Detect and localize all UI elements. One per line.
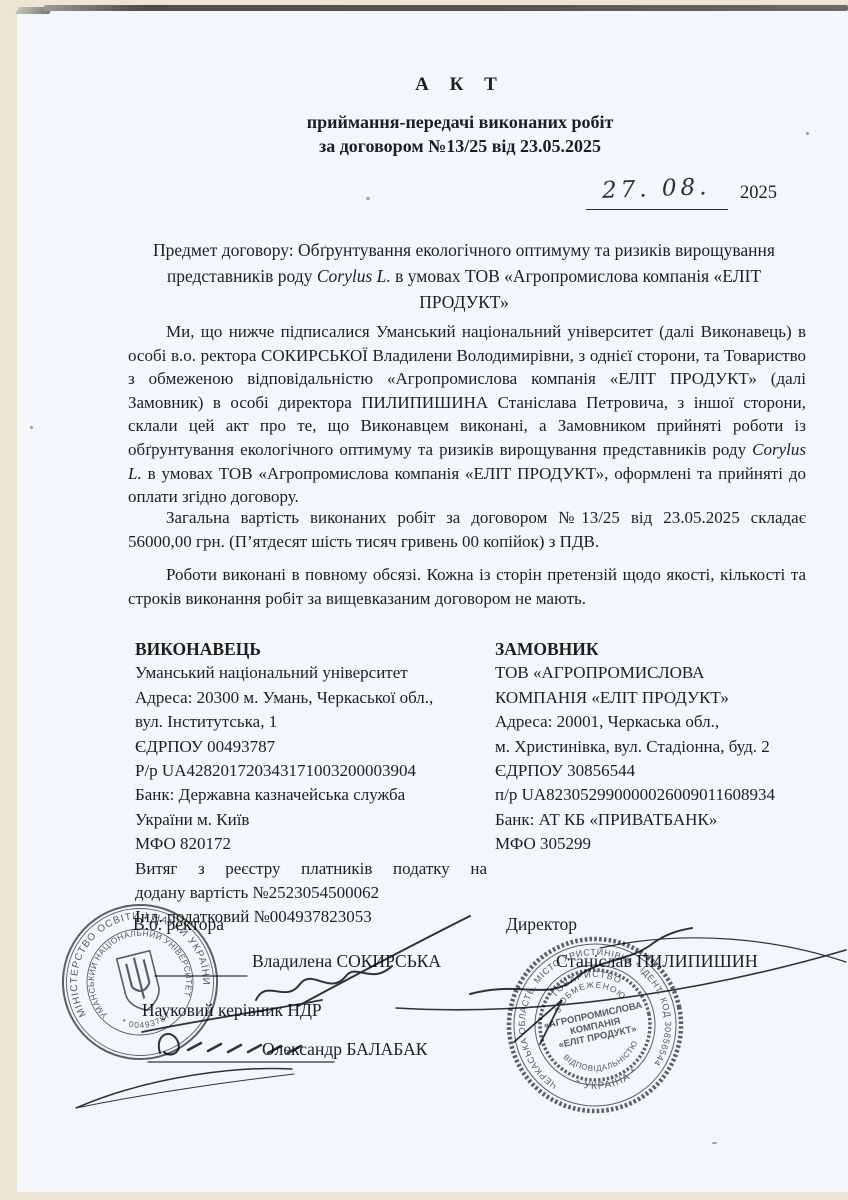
customer-line: МФО 305299 bbox=[495, 832, 811, 856]
scan-speck bbox=[366, 197, 370, 200]
customer-line: Банк: АТ КБ «ПРИВАТБАНК» bbox=[495, 808, 811, 832]
scan-speck bbox=[712, 1142, 717, 1144]
parties-details: ВИКОНАВЕЦЬ Уманський національний універ… bbox=[135, 637, 811, 930]
scan-speck bbox=[806, 132, 809, 135]
stamp-ring-text: МІНІСТЕРСТВО ОСВІТИ І НАУКИ УКРАЇНИ bbox=[54, 896, 215, 1020]
executor-line: України м. Київ bbox=[135, 808, 487, 832]
body-paragraph-1: Ми, що нижче підписалися Уманський націо… bbox=[128, 320, 806, 509]
executor-line: МФО 820172 bbox=[135, 832, 487, 856]
supervisor-signatory-name: Олександр БАЛАБАК bbox=[262, 1039, 427, 1060]
customer-details: ЗАМОВНИК ТОВ «АГРОПРОМИСЛОВА КОМПАНІЯ «Е… bbox=[495, 637, 811, 930]
handwritten-date: 27. 08. bbox=[602, 174, 711, 204]
customer-role-label: Директор bbox=[506, 914, 577, 935]
executor-header: ВИКОНАВЕЦЬ bbox=[135, 637, 487, 661]
scan-speck bbox=[30, 426, 33, 429]
executor-line: Адреса: 20300 м. Умань, Черкаської обл., bbox=[135, 686, 487, 710]
executor-line: вул. Інститутська, 1 bbox=[135, 710, 487, 734]
document-subtitle-2: за договором №13/25 від 23.05.2025 bbox=[110, 136, 810, 157]
executor-signatory-name: Владилена СОКИРСЬКА bbox=[252, 951, 441, 972]
executor-line: Уманський національний університет bbox=[135, 661, 487, 685]
customer-line: Адреса: 20001, Черкаська обл., bbox=[495, 710, 811, 734]
customer-header: ЗАМОВНИК bbox=[495, 637, 811, 661]
executor-line: Р/р UA428201720343171003200003904 bbox=[135, 759, 487, 783]
executor-vat-line-1: Витяг з реєстру платників податку на bbox=[135, 857, 487, 881]
document-title: А К Т bbox=[110, 74, 810, 96]
executor-details: ВИКОНАВЕЦЬ Уманський національний універ… bbox=[135, 637, 487, 930]
trident-emblem bbox=[117, 951, 164, 1015]
scanned-document: А К Т приймання-передачі виконаних робіт… bbox=[0, 0, 848, 1200]
executor-line: Банк: Державна казначейська служба bbox=[135, 783, 487, 807]
company-stamp: ЧЕРКАСЬКА ОБЛАСТЬ, МІСТО ХРИСТИНІВКА * І… bbox=[487, 917, 703, 1133]
customer-line: ЄДРПОУ 30856544 bbox=[495, 759, 811, 783]
date-underline bbox=[586, 209, 728, 210]
customer-line: п/р UA823052990000026009011608934 bbox=[495, 783, 811, 807]
customer-line: КОМПАНІЯ «ЕЛІТ ПРОДУКТ» bbox=[495, 686, 811, 710]
body-paragraph-3-no-claims: Роботи виконані в повному обсязі. Кожна … bbox=[128, 563, 806, 610]
executor-line: ЄДРПОУ 00493787 bbox=[135, 735, 487, 759]
customer-line: ТОВ «АГРОПРОМИСЛОВА bbox=[495, 661, 811, 685]
customer-line: м. Христинівка, вул. Стадіонна, буд. 2 bbox=[495, 735, 811, 759]
svg-text:МІНІСТЕРСТВО ОСВІТИ І НАУКИ УК: МІНІСТЕРСТВО ОСВІТИ І НАУКИ УКРАЇНИ bbox=[54, 896, 215, 1020]
body-paragraph-2-total-cost: Загальна вартість виконаних робіт за дог… bbox=[128, 506, 806, 553]
scan-edge-shadow bbox=[44, 5, 848, 11]
document-subtitle-1: приймання-передачі виконаних робіт bbox=[110, 112, 810, 133]
contract-subject: Предмет договору: Обґрунтування екологіч… bbox=[134, 237, 794, 315]
date-year: 2025 bbox=[740, 183, 777, 204]
